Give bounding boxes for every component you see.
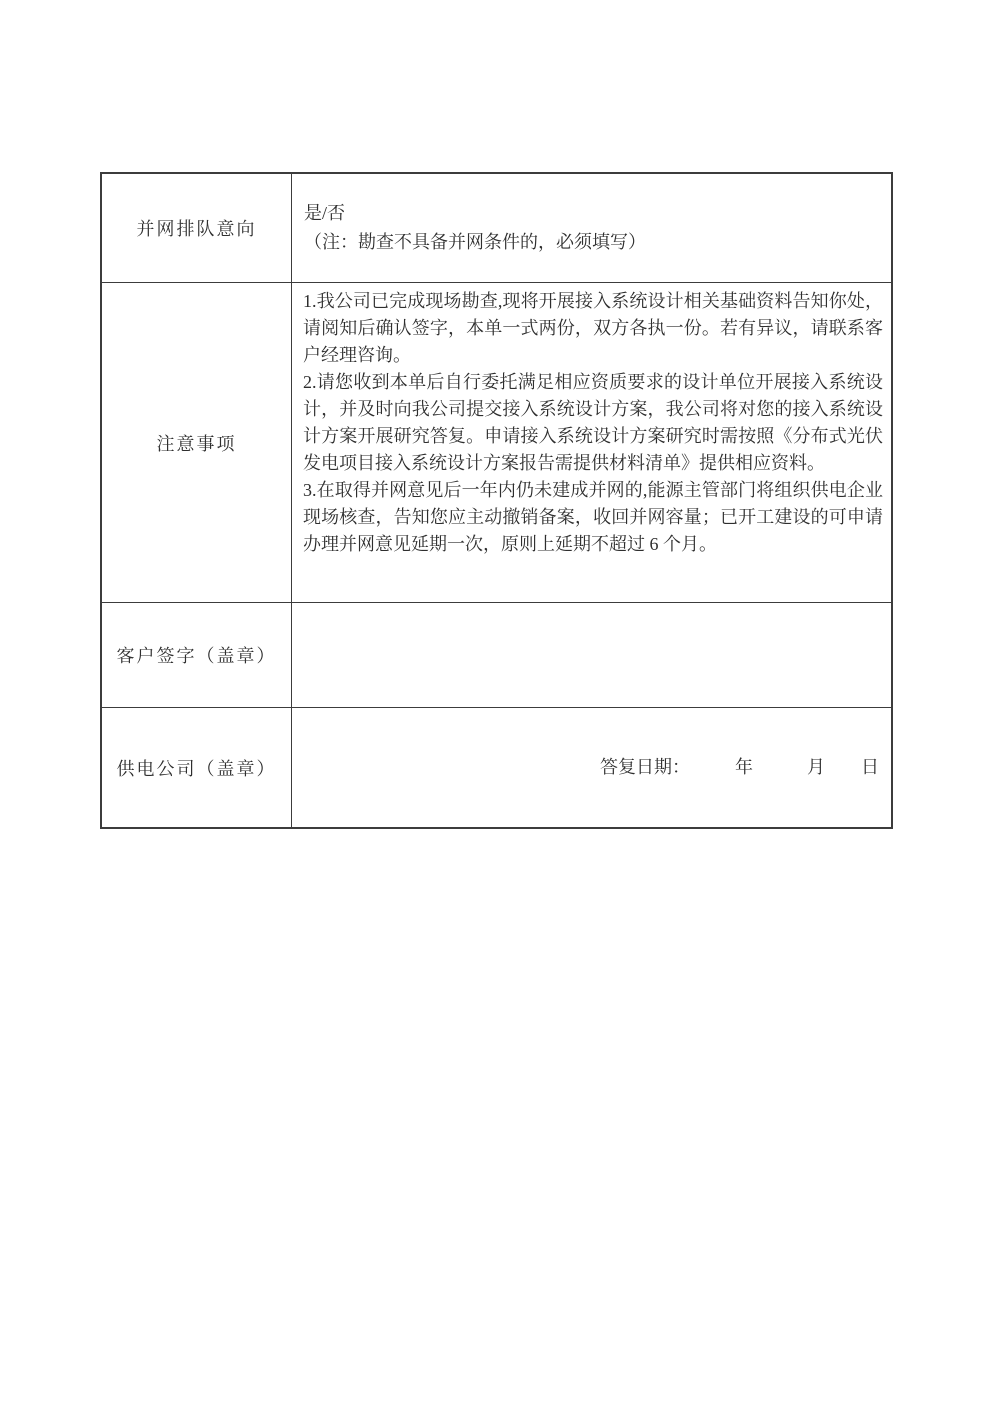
notes-paragraph-2: 2.请您收到本单后自行委托满足相应资质要求的设计单位开展接入系统设计，并及时向我… xyxy=(303,369,883,477)
queue-intent-value: 是/否 xyxy=(304,199,881,228)
notes-paragraph-1: 1.我公司已完成现场勘查,现将开展接入系统设计相关基础资料告知你处，请阅知后确认… xyxy=(303,288,883,369)
document-page: 并网排队意向 是/否 （注：勘查不具备并网条件的，必须填写） 注意事项 1.我公… xyxy=(0,0,992,1403)
cell-power-company-reply-date: 答复日期： 年 月 日 xyxy=(292,708,891,827)
row-label-customer-signature: 客户签字（盖章） xyxy=(102,603,292,708)
queue-intent-note: （注：勘查不具备并网条件的，必须填写） xyxy=(304,228,881,257)
cell-customer-signature xyxy=(292,603,891,708)
row-label-notes: 注意事项 xyxy=(102,283,292,603)
reply-date-text: 答复日期： 年 月 日 xyxy=(600,754,879,781)
row-label-power-company-seal: 供电公司（盖章） xyxy=(102,708,292,827)
notes-paragraph-3: 3.在取得并网意见后一年内仍未建成并网的,能源主管部门将组织供电企业现场核查，告… xyxy=(303,477,883,558)
cell-grid-queue-intent: 是/否 （注：勘查不具备并网条件的，必须填写） xyxy=(292,174,891,283)
grid-connection-form-table: 并网排队意向 是/否 （注：勘查不具备并网条件的，必须填写） 注意事项 1.我公… xyxy=(100,172,893,829)
row-label-grid-queue-intent: 并网排队意向 xyxy=(102,174,292,283)
cell-notes: 1.我公司已完成现场勘查,现将开展接入系统设计相关基础资料告知你处，请阅知后确认… xyxy=(292,283,891,603)
